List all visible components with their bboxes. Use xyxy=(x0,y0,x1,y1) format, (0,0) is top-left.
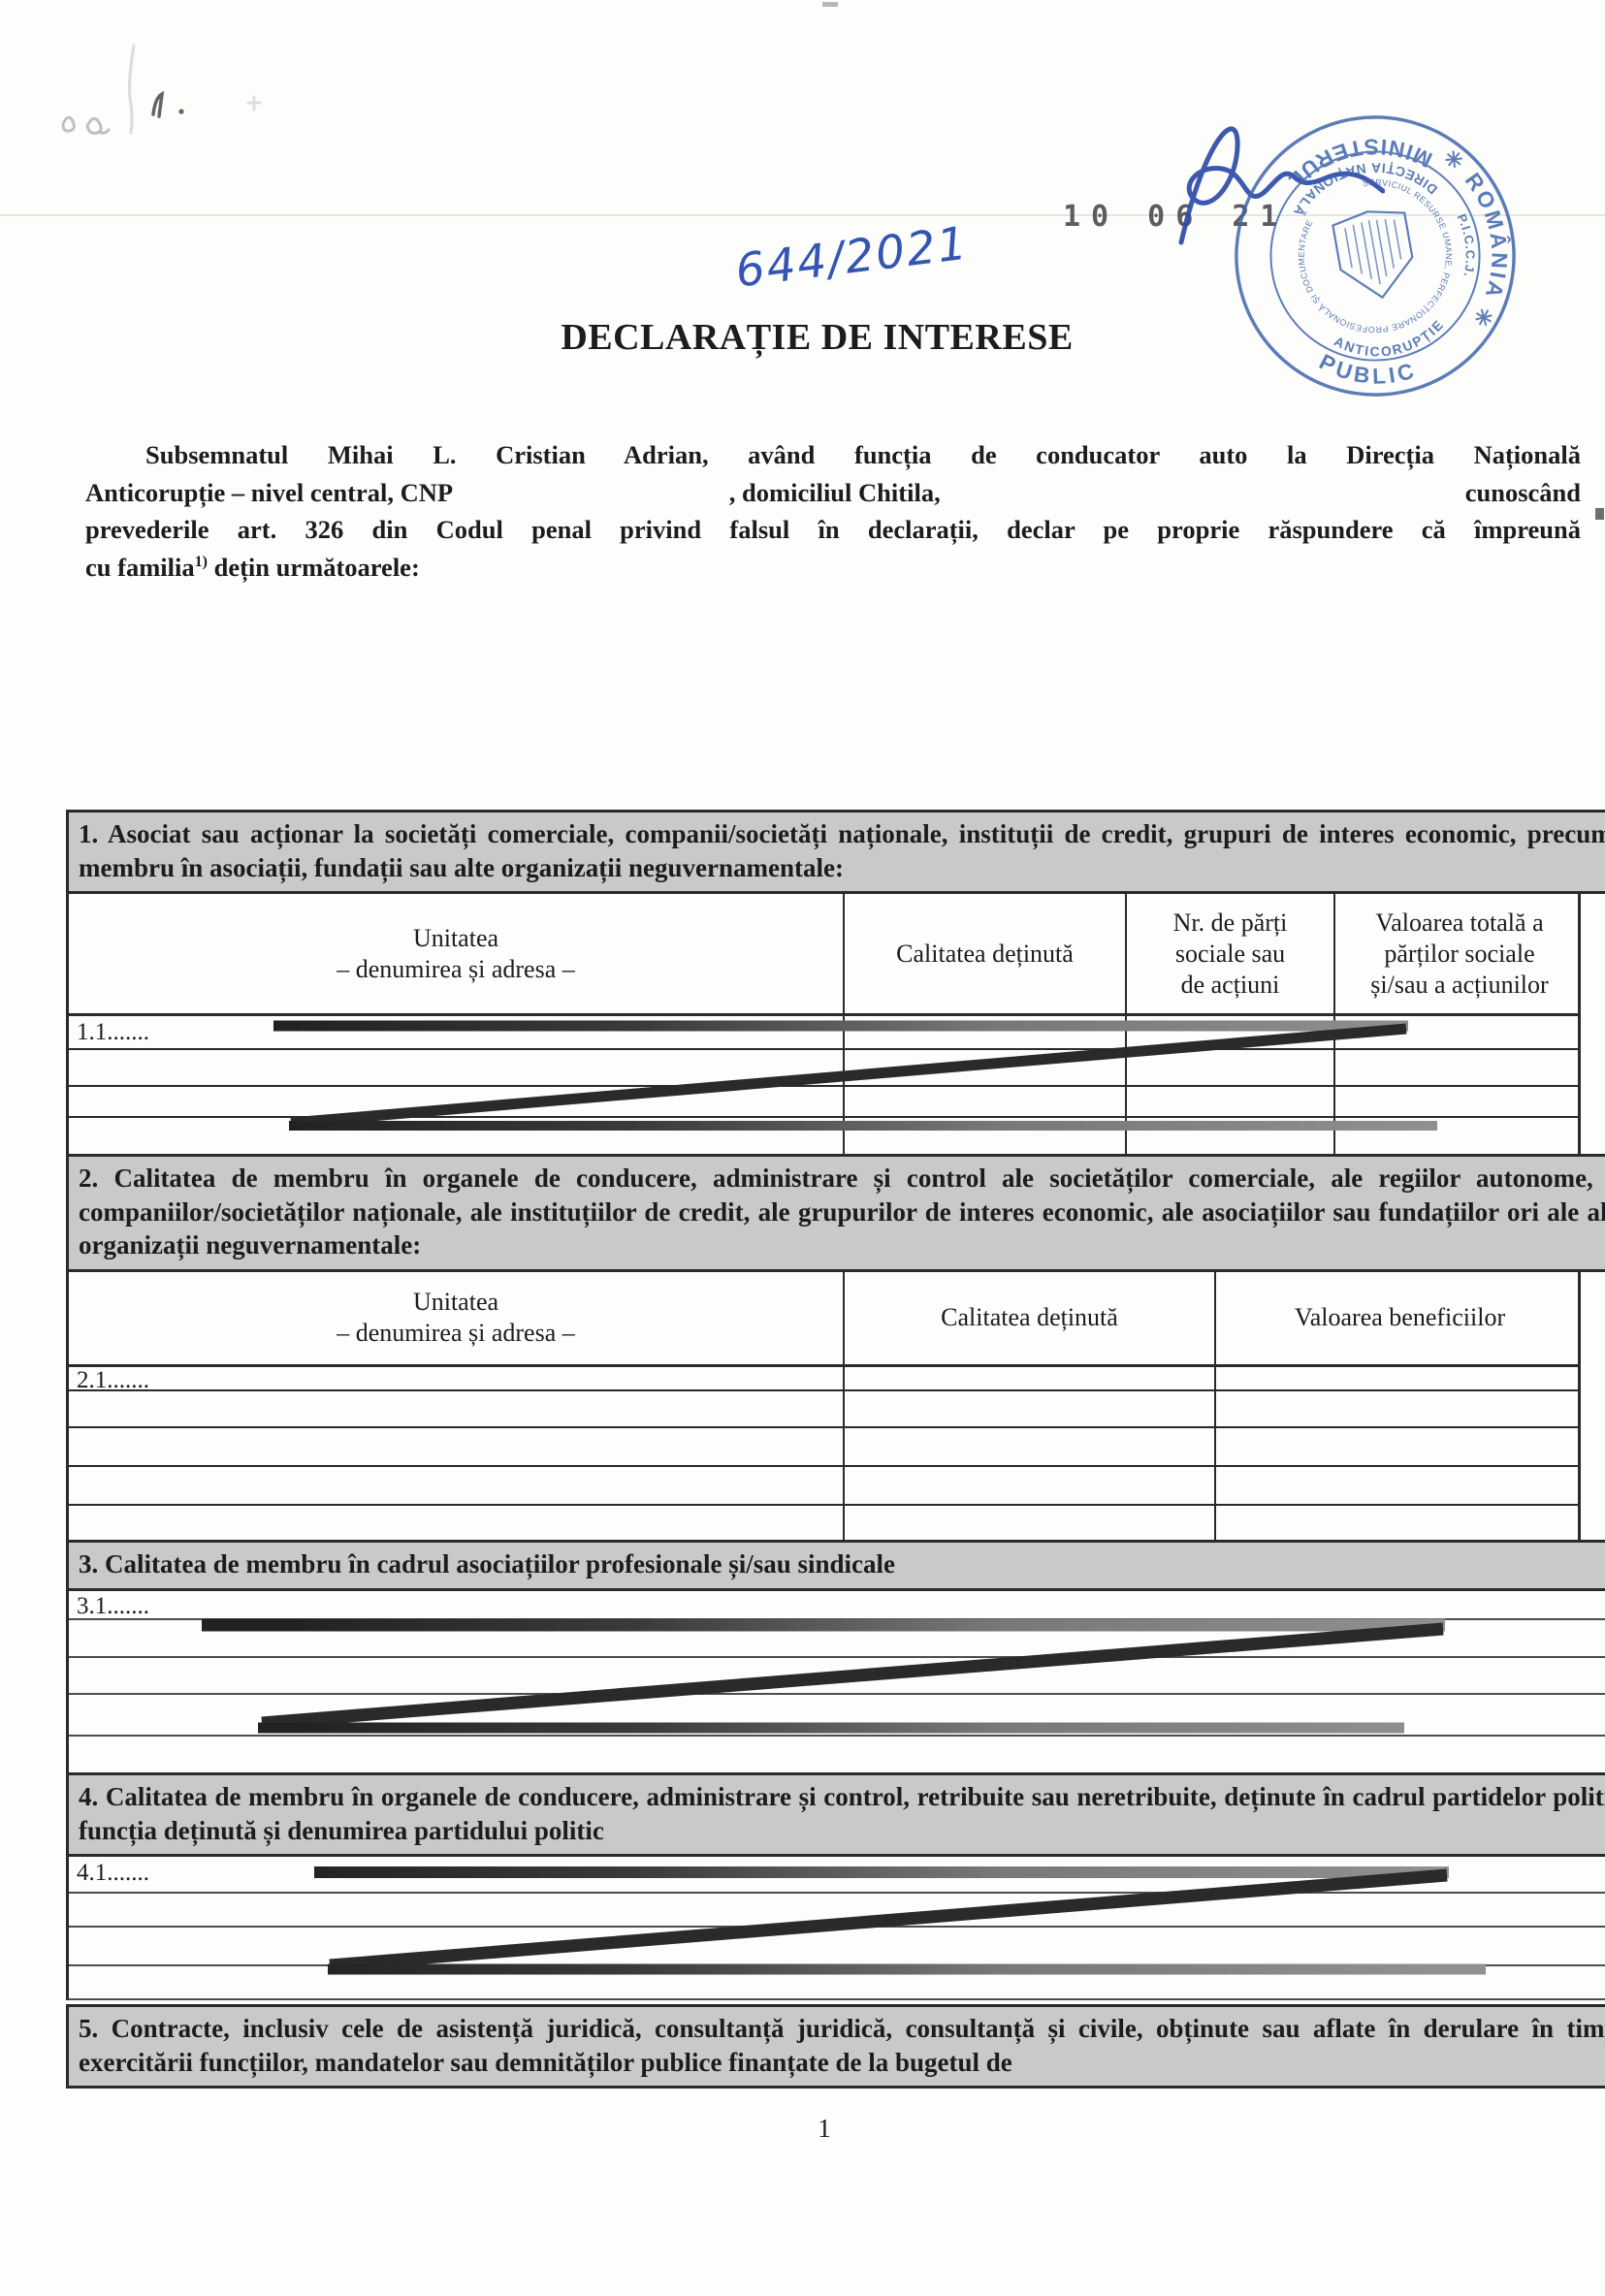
redaction-z-section-3 xyxy=(202,1625,1445,1728)
scanned-declaration-page: 644/2021 10 06 21 MINISTERUL ✳ ROMÂNIA ✳… xyxy=(0,0,1605,2296)
redaction-z-section-1 xyxy=(273,1026,1437,1126)
redaction-strike-marks xyxy=(0,0,1605,2296)
redaction-z-section-4 xyxy=(314,1872,1486,1969)
